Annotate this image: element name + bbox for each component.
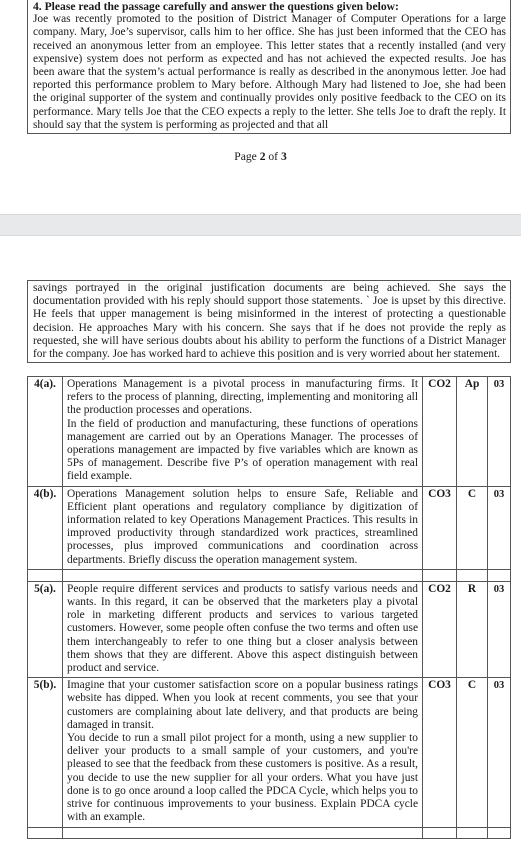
marks: 03 xyxy=(488,486,511,569)
page-label-of: of xyxy=(265,150,280,163)
empty-row xyxy=(28,827,511,838)
bloom-level: C xyxy=(457,678,488,827)
question-paragraph: Operations Management is a pivotal proce… xyxy=(67,378,418,418)
question-number: 5(a). xyxy=(28,581,63,677)
bloom-level: R xyxy=(457,581,488,677)
exam-page-2: savings portrayed in the original justif… xyxy=(0,236,521,860)
page-total: 3 xyxy=(281,150,287,163)
question-number: 4(a). xyxy=(28,377,63,487)
empty-cell xyxy=(63,827,423,838)
empty-cell xyxy=(28,569,63,581)
empty-row xyxy=(28,569,511,581)
question-text: Operations Management solution helps to … xyxy=(63,486,423,569)
table-row: 4(b). Operations Management solution hel… xyxy=(28,486,511,569)
question-number: 5(b). xyxy=(28,678,63,827)
page-separator xyxy=(0,214,521,236)
bloom-level: Ap xyxy=(457,377,488,487)
marks: 03 xyxy=(488,377,511,487)
question-4-heading: 4. Please read the passage carefully and… xyxy=(33,0,506,13)
course-outcome: CO2 xyxy=(423,581,457,677)
empty-cell xyxy=(423,569,457,581)
passage-text-part-2: savings portrayed in the original justif… xyxy=(33,282,506,361)
questions-table: 4(a). Operations Management is a pivotal… xyxy=(27,376,511,839)
empty-cell xyxy=(28,827,63,838)
passage-box-continued: savings portrayed in the original justif… xyxy=(27,280,511,363)
passage-text-part-1: Joe was recently promoted to the positio… xyxy=(33,13,506,132)
question-paragraph: You decide to run a small pilot project … xyxy=(67,732,418,824)
bloom-level: C xyxy=(457,486,488,569)
table-row: 4(a). Operations Management is a pivotal… xyxy=(28,377,511,487)
empty-cell xyxy=(457,569,488,581)
empty-cell xyxy=(423,827,457,838)
question-paragraph: Imagine that your customer satisfaction … xyxy=(67,679,418,732)
marks: 03 xyxy=(488,678,511,827)
passage-box-top: 4. Please read the passage carefully and… xyxy=(27,0,511,134)
question-paragraph: Operations Management solution helps to … xyxy=(67,488,418,567)
empty-cell xyxy=(457,827,488,838)
page-number: Page 2 of 3 xyxy=(0,150,521,163)
table-row: 5(b). Imagine that your customer satisfa… xyxy=(28,678,511,827)
exam-page-1: 4. Please read the passage carefully and… xyxy=(0,0,521,214)
course-outcome: CO3 xyxy=(423,486,457,569)
page-label: Page xyxy=(234,150,259,163)
question-paragraph: In the field of production and manufactu… xyxy=(67,418,418,484)
empty-cell xyxy=(63,569,423,581)
question-text: People require different services and pr… xyxy=(63,581,423,677)
question-text: Imagine that your customer satisfaction … xyxy=(63,678,423,827)
marks: 03 xyxy=(488,581,511,677)
question-paragraph: People require different services and pr… xyxy=(67,583,418,675)
empty-cell xyxy=(488,569,511,581)
question-number: 4(b). xyxy=(28,486,63,569)
table-row: 5(a). People require different services … xyxy=(28,581,511,677)
course-outcome: CO2 xyxy=(423,377,457,487)
question-text: Operations Management is a pivotal proce… xyxy=(63,377,423,487)
empty-cell xyxy=(488,827,511,838)
course-outcome: CO3 xyxy=(423,678,457,827)
